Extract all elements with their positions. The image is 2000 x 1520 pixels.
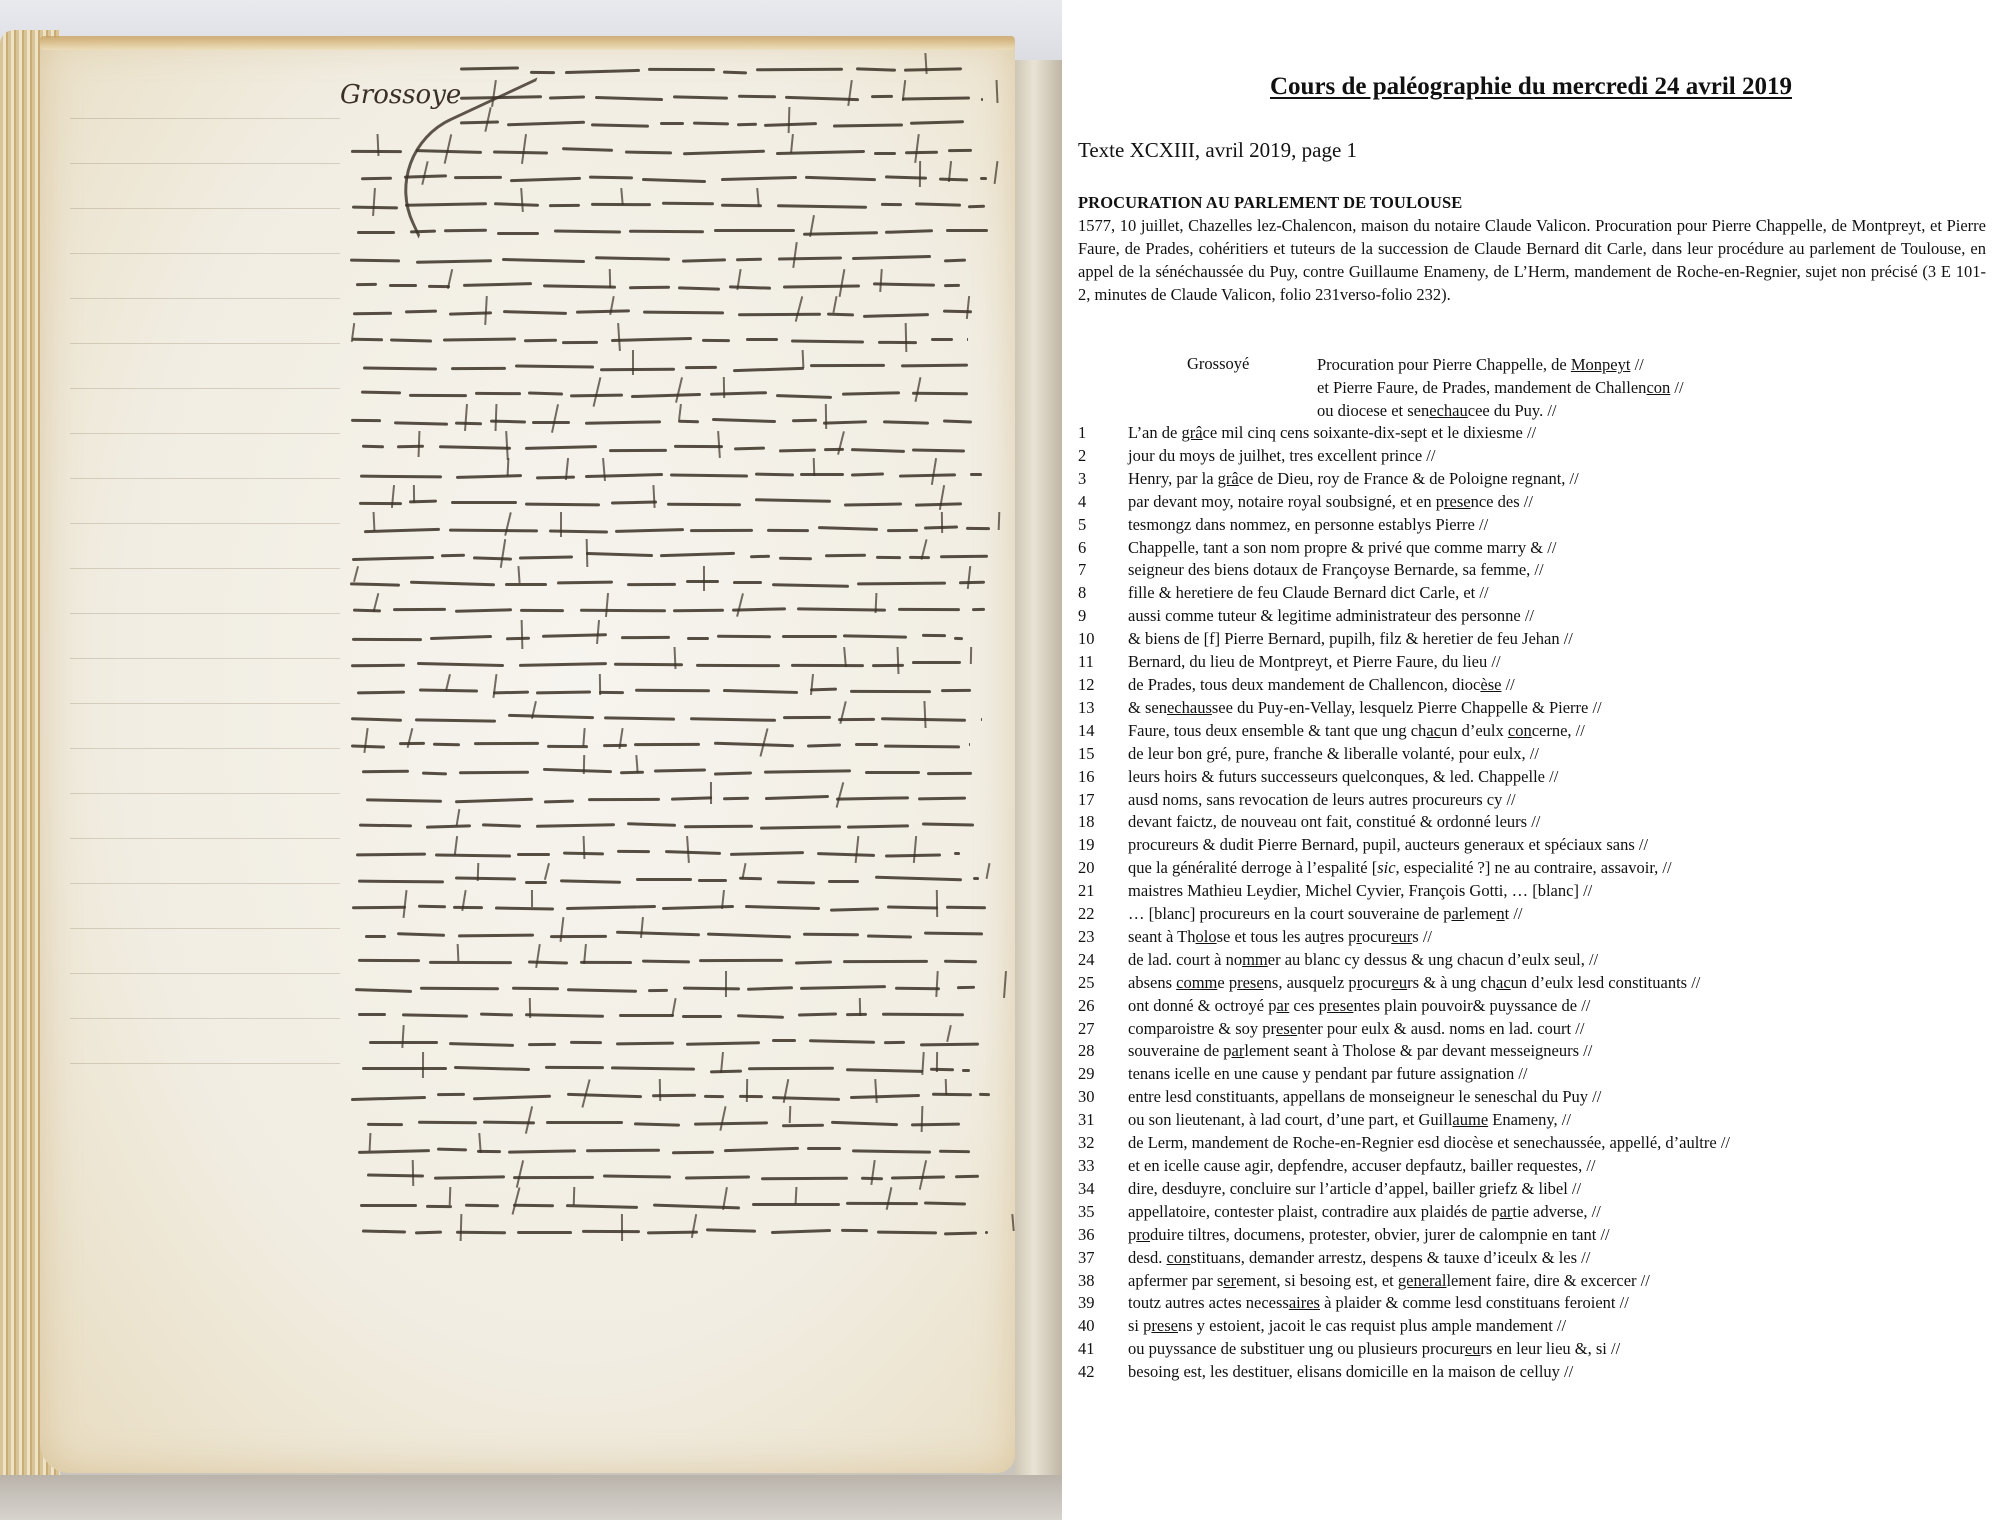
transcription-line: 37desd. constituans, demander arrestz, d… (1078, 1247, 1730, 1270)
section-heading: PROCURATION AU PARLEMENT DE TOULOUSE (1078, 193, 1462, 213)
line-text: et en icelle cause agir, depfendre, accu… (1128, 1155, 1596, 1178)
line-number: 21 (1078, 880, 1128, 903)
line-number: 6 (1078, 537, 1128, 560)
transcription-line: 18devant faictz, de nouveau ont fait, co… (1078, 811, 1730, 834)
line-text: souveraine de parlement seant à Tholose … (1128, 1040, 1592, 1063)
line-text: appellatoire, contester plaist, contradi… (1128, 1201, 1601, 1224)
line-number: 4 (1078, 491, 1128, 514)
line-number: 14 (1078, 720, 1128, 743)
transcription-header-lines: Procuration pour Pierre Chappelle, de Mo… (1317, 354, 1684, 422)
line-number: 12 (1078, 674, 1128, 697)
line-text: de leur bon gré, pure, franche & liberal… (1128, 743, 1539, 766)
manuscript-photo: Grossoye (0, 0, 1062, 1520)
line-text: devant faictz, de nouveau ont fait, cons… (1128, 811, 1540, 834)
summary-paragraph: 1577, 10 juillet, Chazelles lez-Chalenco… (1078, 214, 1986, 306)
line-text: seant à Tholose et tous les autres procu… (1128, 926, 1432, 949)
line-number: 28 (1078, 1040, 1128, 1063)
line-text: si presens y estoient, jacoit le cas req… (1128, 1315, 1566, 1338)
header-line: Procuration pour Pierre Chappelle, de Mo… (1317, 354, 1684, 377)
line-text: par devant moy, notaire royal soubsigné,… (1128, 491, 1533, 514)
line-number: 37 (1078, 1247, 1128, 1270)
document-title: Cours de paléographie du mercredi 24 avr… (1062, 73, 2000, 101)
photo-bottom (0, 1475, 1062, 1520)
transcription-line: 22… [blanc] procureurs en la court souve… (1078, 903, 1730, 926)
handwritten-text (330, 55, 1020, 1265)
line-number: 24 (1078, 949, 1128, 972)
line-number: 40 (1078, 1315, 1128, 1338)
transcription-line: 21maistres Mathieu Leydier, Michel Cyvie… (1078, 880, 1730, 903)
line-text: besoing est, les destituer, elisans domi… (1128, 1361, 1573, 1384)
transcription-line: 5tesmongz dans nommez, en personne estab… (1078, 514, 1730, 537)
line-number: 3 (1078, 468, 1128, 491)
transcription-line: 8 fille & heretiere de feu Claude Bernar… (1078, 582, 1730, 605)
transcription-line: 20que la généralité derroge à l’espalité… (1078, 857, 1730, 880)
line-number: 10 (1078, 628, 1128, 651)
transcription-line: 38apfermer par serement, si besoing est,… (1078, 1270, 1730, 1293)
line-text: aussi comme tuteur & legitime administra… (1128, 605, 1534, 628)
transcription-line: 36produire tiltres, documens, protester,… (1078, 1224, 1730, 1247)
line-number: 26 (1078, 995, 1128, 1018)
transcription-line: 35appellatoire, contester plaist, contra… (1078, 1201, 1730, 1224)
line-text: entre lesd constituants, appellans de mo… (1128, 1086, 1601, 1109)
transcription-line: 41ou puyssance de substituer ung ou plus… (1078, 1338, 1730, 1361)
transcription-line: 6Chappelle, tant a son nom propre & priv… (1078, 537, 1730, 560)
line-number: 34 (1078, 1178, 1128, 1201)
line-text: desd. constituans, demander arrestz, des… (1128, 1247, 1590, 1270)
line-text: seigneur des biens dotaux de Françoyse B… (1128, 559, 1544, 582)
line-text: que la généralité derroge à l’espalité [… (1128, 857, 1672, 880)
line-number: 29 (1078, 1063, 1128, 1086)
line-text: fille & heretiere de feu Claude Bernard … (1128, 582, 1489, 605)
line-text: apfermer par serement, si besoing est, e… (1128, 1270, 1650, 1293)
transcription-line: 27comparoistre & soy presenter pour eulx… (1078, 1018, 1730, 1041)
transcription-line: 25absens comme presens, ausquelz procure… (1078, 972, 1730, 995)
line-text: ou son lieutenant, à lad court, d’une pa… (1128, 1109, 1571, 1132)
transcription-line: 11Bernard, du lieu de Montpreyt, et Pier… (1078, 651, 1730, 674)
transcription-line: 1L’an de grâce mil cinq cens soixante-di… (1078, 422, 1730, 445)
margin-label: Grossoyé (1187, 354, 1249, 374)
line-text: ont donné & octroyé par ces presentes pl… (1128, 995, 1590, 1018)
transcription-line: 23seant à Tholose et tous les autres pro… (1078, 926, 1730, 949)
line-number: 16 (1078, 766, 1128, 789)
line-number: 42 (1078, 1361, 1128, 1384)
line-number: 11 (1078, 651, 1128, 674)
transcription-line: 42besoing est, les destituer, elisans do… (1078, 1361, 1730, 1384)
line-number: 22 (1078, 903, 1128, 926)
transcription-line: 4par devant moy, notaire royal soubsigné… (1078, 491, 1730, 514)
line-text: Bernard, du lieu de Montpreyt, et Pierre… (1128, 651, 1501, 674)
line-text: absens comme presens, ausquelz procureur… (1128, 972, 1700, 995)
transcription-line: 34dire, desduyre, concluire sur l’articl… (1078, 1178, 1730, 1201)
transcription-line: 3Henry, par la grâce de Dieu, roy de Fra… (1078, 468, 1730, 491)
header-line: ou diocese et senechaucee du Puy. // (1317, 400, 1684, 423)
line-text: dire, desduyre, concluire sur l’article … (1128, 1178, 1581, 1201)
transcription-line: 24de lad. court à nommer au blanc cy des… (1078, 949, 1730, 972)
line-number: 27 (1078, 1018, 1128, 1041)
line-number: 38 (1078, 1270, 1128, 1293)
transcription-line: 31ou son lieutenant, à lad court, d’une … (1078, 1109, 1730, 1132)
line-text: tenans icelle en une cause y pendant par… (1128, 1063, 1528, 1086)
line-text: Chappelle, tant a son nom propre & privé… (1128, 537, 1556, 560)
transcription-line: 40si presens y estoient, jacoit le cas r… (1078, 1315, 1730, 1338)
transcription-line: 2jour du moys de juilhet, tres excellent… (1078, 445, 1730, 468)
line-number: 39 (1078, 1292, 1128, 1315)
line-number: 5 (1078, 514, 1128, 537)
line-text: comparoistre & soy presenter pour eulx &… (1128, 1018, 1584, 1041)
transcription-line: 12de Prades, tous deux mandement de Chal… (1078, 674, 1730, 697)
line-text: de Prades, tous deux mandement de Challe… (1128, 674, 1515, 697)
line-text: Faure, tous deux ensemble & tant que ung… (1128, 720, 1585, 743)
line-number: 7 (1078, 559, 1128, 582)
line-number: 18 (1078, 811, 1128, 834)
line-number: 9 (1078, 605, 1128, 628)
transcription-line: 29tenans icelle en une cause y pendant p… (1078, 1063, 1730, 1086)
transcription-line: 19procureurs & dudit Pierre Bernard, pup… (1078, 834, 1730, 857)
line-number: 13 (1078, 697, 1128, 720)
line-number: 23 (1078, 926, 1128, 949)
transcription-line: 39toutz autres actes necessaires à plaid… (1078, 1292, 1730, 1315)
transcription-line: 32de Lerm, mandement de Roche-en-Regnier… (1078, 1132, 1730, 1155)
line-text: de lad. court à nommer au blanc cy dessu… (1128, 949, 1598, 972)
transcription-line: 13& senechaussee du Puy-en-Vellay, lesqu… (1078, 697, 1730, 720)
transcription-line: 16leurs hoirs & futurs successeurs quelc… (1078, 766, 1730, 789)
bleed-through-writing (70, 90, 340, 1090)
transcription-lines: 1L’an de grâce mil cinq cens soixante-di… (1078, 422, 1730, 1384)
line-number: 31 (1078, 1109, 1128, 1132)
transcription-line: 30entre lesd constituants, appellans de … (1078, 1086, 1730, 1109)
transcription-line: 28souveraine de parlement seant à Tholos… (1078, 1040, 1730, 1063)
line-number: 32 (1078, 1132, 1128, 1155)
line-number: 1 (1078, 422, 1128, 445)
line-text: … [blanc] procureurs en la court souvera… (1128, 903, 1523, 926)
line-number: 30 (1078, 1086, 1128, 1109)
line-number: 19 (1078, 834, 1128, 857)
line-text: L’an de grâce mil cinq cens soixante-dix… (1128, 422, 1536, 445)
line-number: 2 (1078, 445, 1128, 468)
line-number: 25 (1078, 972, 1128, 995)
transcription-line: 9aussi comme tuteur & legitime administr… (1078, 605, 1730, 628)
line-number: 36 (1078, 1224, 1128, 1247)
line-number: 15 (1078, 743, 1128, 766)
header-line: et Pierre Faure, de Prades, mandement de… (1317, 377, 1684, 400)
transcription-line: 10& biens de [f] Pierre Bernard, pupilh,… (1078, 628, 1730, 651)
line-text: ausd noms, sans revocation de leurs autr… (1128, 789, 1516, 812)
line-number: 17 (1078, 789, 1128, 812)
page-top-edge (40, 36, 1015, 50)
line-text: maistres Mathieu Leydier, Michel Cyvier,… (1128, 880, 1592, 903)
line-number: 20 (1078, 857, 1128, 880)
transcription-line: 14Faure, tous deux ensemble & tant que u… (1078, 720, 1730, 743)
line-text: leurs hoirs & futurs successeurs quelcon… (1128, 766, 1558, 789)
line-number: 41 (1078, 1338, 1128, 1361)
line-text: & senechaussee du Puy-en-Vellay, lesquel… (1128, 697, 1602, 720)
transcription-line: 33et en icelle cause agir, depfendre, ac… (1078, 1155, 1730, 1178)
transcription-line: 26ont donné & octroyé par ces presentes … (1078, 995, 1730, 1018)
transcription-line: 15de leur bon gré, pure, franche & liber… (1078, 743, 1730, 766)
line-text: toutz autres actes necessaires à plaider… (1128, 1292, 1629, 1315)
transcription-document: Cours de paléographie du mercredi 24 avr… (1062, 0, 2000, 1520)
line-text: de Lerm, mandement de Roche-en-Regnier e… (1128, 1132, 1730, 1155)
line-text: & biens de [f] Pierre Bernard, pupilh, f… (1128, 628, 1573, 651)
line-number: 35 (1078, 1201, 1128, 1224)
document-subtitle: Texte XCXIII, avril 2019, page 1 (1078, 138, 1357, 163)
line-text: jour du moys de juilhet, tres excellent … (1128, 445, 1435, 468)
line-text: tesmongz dans nommez, en personne establ… (1128, 514, 1488, 537)
transcription-line: 7seigneur des biens dotaux de Françoyse … (1078, 559, 1730, 582)
line-number: 8 (1078, 582, 1128, 605)
line-text: Henry, par la grâce de Dieu, roy de Fran… (1128, 468, 1579, 491)
line-text: produire tiltres, documens, protester, o… (1128, 1224, 1610, 1247)
facing-page-edge (1015, 60, 1062, 1510)
line-text: procureurs & dudit Pierre Bernard, pupil… (1128, 834, 1648, 857)
transcription-line: 17ausd noms, sans revocation de leurs au… (1078, 789, 1730, 812)
line-number: 33 (1078, 1155, 1128, 1178)
line-text: ou puyssance de substituer ung ou plusie… (1128, 1338, 1620, 1361)
